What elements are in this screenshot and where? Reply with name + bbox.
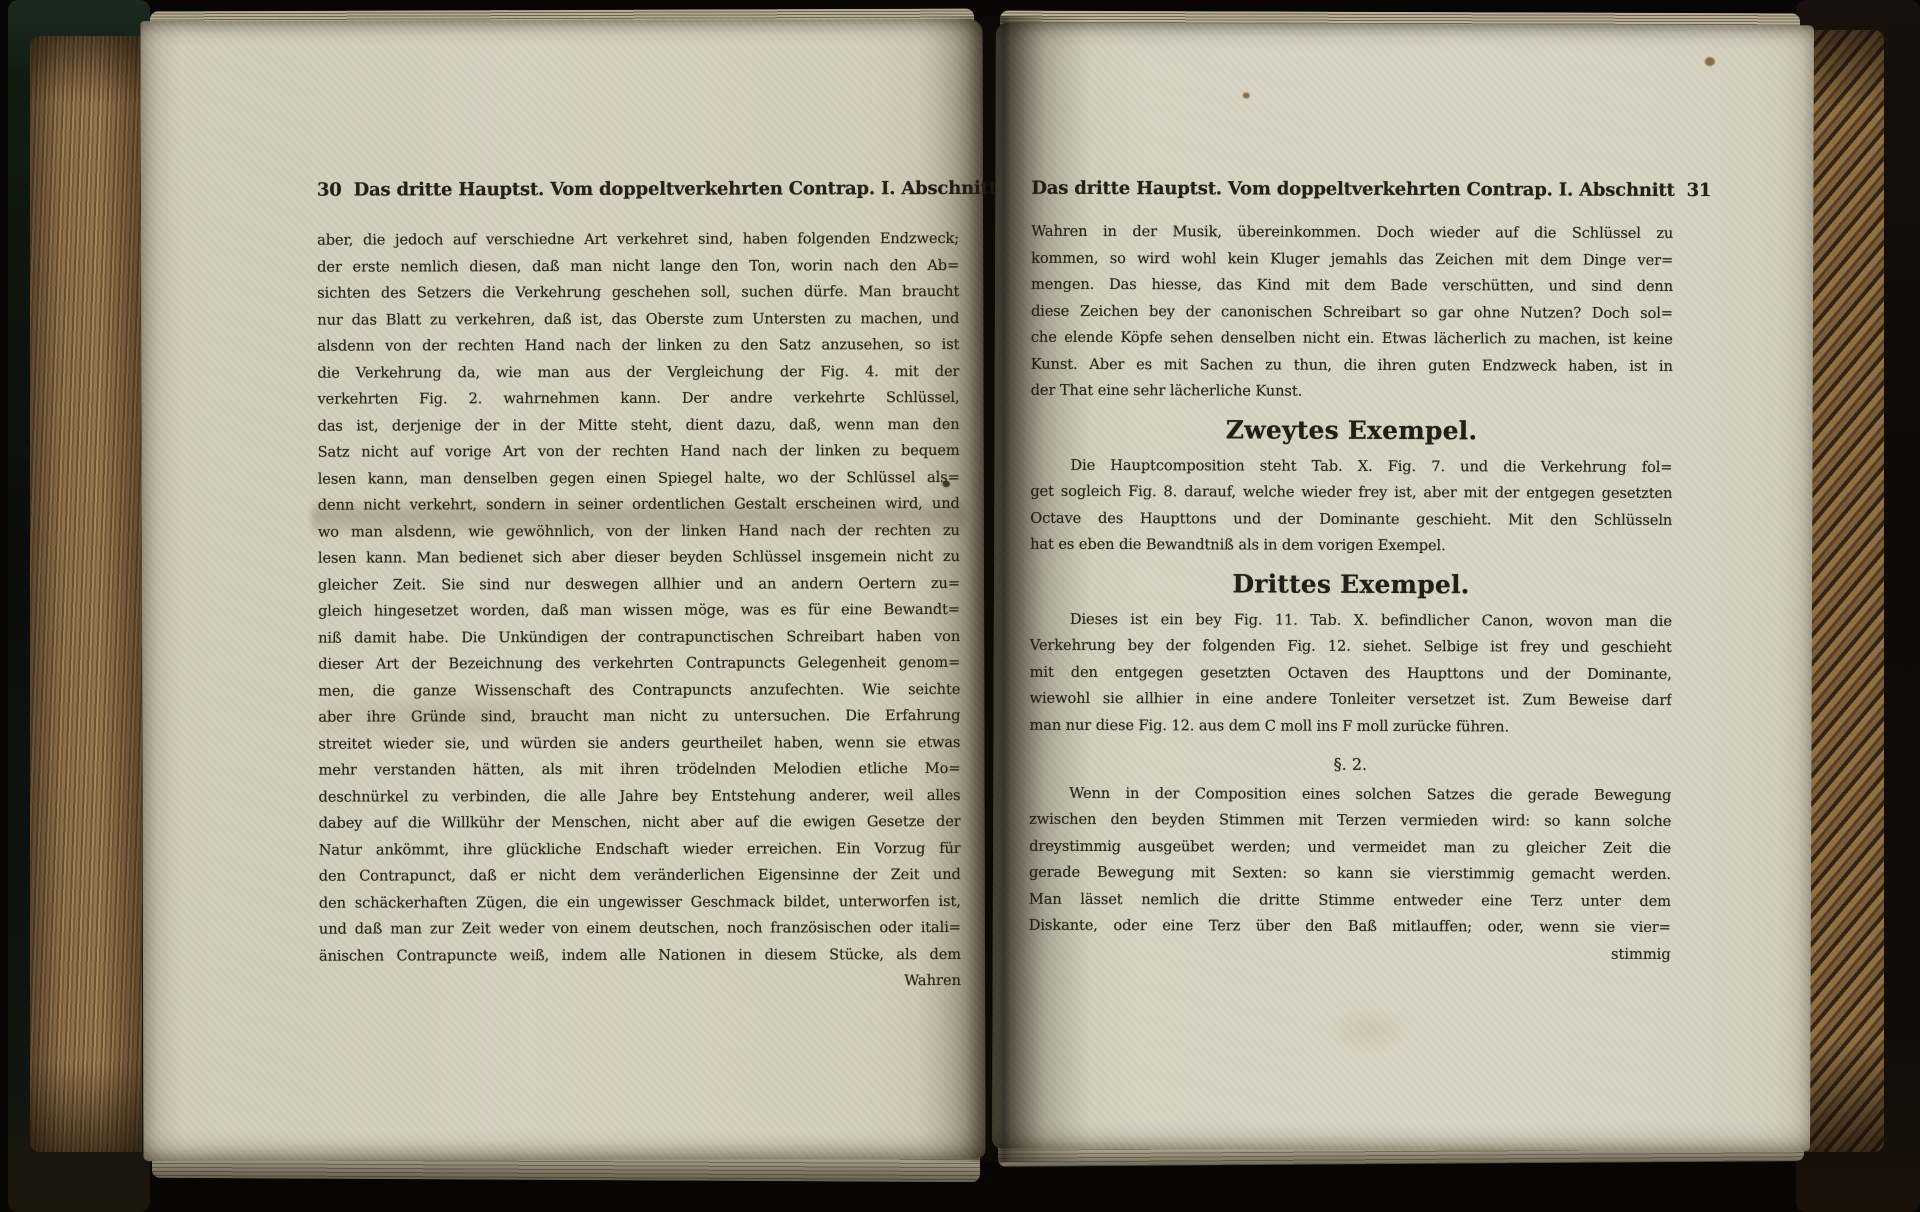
text-line: dreystimmig ausgeübet werden; und vermei… bbox=[1029, 833, 1671, 862]
left-page: 30 Das dritte Hauptst. Vom doppeltverkeh… bbox=[141, 19, 986, 1161]
text-line: und daß man zur Zeit weder von einem deu… bbox=[319, 915, 961, 943]
text-line: änischen Contrapuncte weiß, indem alle N… bbox=[319, 941, 961, 969]
text-line: Natur ankömmt, ihre glückliche Endschaft… bbox=[319, 835, 961, 863]
page-number-right: 31 bbox=[1687, 176, 1712, 206]
text-line: mengen. Das hiesse, das Kind mit dem Bad… bbox=[1031, 272, 1673, 301]
text-line: gerade Bewegung mit Sexten: so kann sie … bbox=[1029, 860, 1671, 889]
text-line: der erste nemlich diesen, daß man nicht … bbox=[317, 252, 959, 280]
text-line: Wenn in der Composition eines solchen Sa… bbox=[1029, 780, 1671, 809]
text-line: man nur diese Fig. 12. aus dem C moll in… bbox=[1029, 712, 1671, 741]
text-line: lesen kann, man denselben gegen einen Sp… bbox=[318, 464, 960, 492]
text-line: verkehrten Fig. 2. wahrnehmen kann. Der … bbox=[317, 385, 959, 413]
section-heading-drittes-exempel: Drittes Exempel. bbox=[1030, 566, 1672, 602]
text-line: den Contrapunct, daß er nicht dem veränd… bbox=[319, 862, 961, 890]
text-line: Diskante, oder eine Terz über den Baß mi… bbox=[1029, 913, 1671, 942]
left-page-block-fore-edge bbox=[30, 36, 142, 1152]
text-line: mehr verstanden hätten, als mit ihren tr… bbox=[318, 756, 960, 784]
right-page-block-fore-edge bbox=[1806, 30, 1884, 1152]
text-line: niß damit habe. Die Unkündigen der contr… bbox=[318, 623, 960, 651]
catchword-left: Wahren bbox=[319, 968, 961, 996]
section-mark: §. 2. bbox=[1029, 751, 1671, 780]
page-number-left: 30 bbox=[317, 176, 342, 206]
text-line: sichten des Setzers die Verkehrung gesch… bbox=[317, 279, 959, 307]
text-line: der That eine sehr lächerliche Kunst. bbox=[1031, 378, 1673, 407]
text-line: Wahren in der Musik, übereinkommen. Doch… bbox=[1031, 219, 1673, 248]
paragraph: Wenn in der Composition eines solchen Sa… bbox=[1029, 780, 1672, 941]
text-line: gleicher Zeit. Sie sind nur deswegen all… bbox=[318, 570, 960, 598]
text-line: Satz nicht auf vorige Art von der rechte… bbox=[318, 438, 960, 466]
right-running-head: Das dritte Hauptst. Vom doppeltverkehrte… bbox=[1031, 174, 1673, 206]
text-line: mit den entgegen gesetzten Octaven des H… bbox=[1030, 659, 1672, 688]
running-head-text-left: Das dritte Hauptst. Vom doppeltverkehrte… bbox=[354, 174, 997, 206]
text-line: Kunst. Aber es mit Sachen zu thun, die i… bbox=[1031, 351, 1673, 380]
paragraph: Dieses ist ein bey Fig. 11. Tab. X. befi… bbox=[1029, 606, 1671, 741]
text-line: wiewohl sie allhier in eine andere Tonle… bbox=[1030, 686, 1672, 715]
foxing-stain bbox=[1705, 57, 1715, 66]
text-line: zwischen den beyden Stimmen mit Terzen v… bbox=[1029, 807, 1671, 836]
catchword-right: stimmig bbox=[1029, 939, 1671, 968]
paragraph: Wahren in der Musik, übereinkommen. Doch… bbox=[1031, 219, 1674, 407]
text-line: gleich hingesetzet worden, daß man wisse… bbox=[318, 597, 960, 625]
section-heading-zweytes-exempel: Zweytes Exempel. bbox=[1030, 412, 1672, 448]
text-line: das ist, derjenige der in der Mitte steh… bbox=[318, 411, 960, 439]
body-text-left: aber, die jedoch auf verschiedne Art ver… bbox=[317, 226, 961, 970]
text-line: Verkehrung bey der folgenden Fig. 12. si… bbox=[1030, 633, 1672, 662]
left-text-column: 30 Das dritte Hauptst. Vom doppeltverkeh… bbox=[317, 174, 961, 996]
text-line: den schäckerhaften Zügen, die ein ungewi… bbox=[319, 888, 961, 916]
text-line: che elende Köpfe sehen denselben nicht e… bbox=[1031, 325, 1673, 354]
left-running-head: 30 Das dritte Hauptst. Vom doppeltverkeh… bbox=[317, 174, 959, 206]
right-text-column: Das dritte Hauptst. Vom doppeltverkehrte… bbox=[1029, 174, 1674, 968]
text-line: diese Zeichen bey der canonischen Schrei… bbox=[1031, 298, 1673, 327]
text-line: aber ihre Gründe sind, braucht man nicht… bbox=[318, 703, 960, 731]
text-line: streitet wieder sie, und würden sie ande… bbox=[318, 729, 960, 757]
text-line: Octave des Haupttons und der Dominante g… bbox=[1030, 505, 1672, 534]
text-line: aber, die jedoch auf verschiedne Art ver… bbox=[317, 226, 959, 254]
foxing-stain bbox=[1243, 92, 1250, 98]
text-line: denn nicht verkehrt, sondern in seiner o… bbox=[318, 491, 960, 519]
text-line: Die Hauptcomposition steht Tab. X. Fig. … bbox=[1030, 452, 1672, 481]
paragraph: Die Hauptcomposition steht Tab. X. Fig. … bbox=[1030, 452, 1672, 560]
text-line: dieser Art der Bezeichnung des verkehrte… bbox=[318, 650, 960, 678]
text-line: get sogleich Fig. 8. darauf, welche wied… bbox=[1030, 479, 1672, 508]
text-line: Dieses ist ein bey Fig. 11. Tab. X. befi… bbox=[1030, 606, 1672, 635]
text-line: lesen kann. Man bedienet sich aber diese… bbox=[318, 544, 960, 572]
book-photo: 30 Das dritte Hauptst. Vom doppeltverkeh… bbox=[0, 0, 1920, 1212]
text-line: deschnürkel zu verbinden, die alle Jahre… bbox=[319, 782, 961, 810]
text-line: hat es eben die Bewandtniß als in dem vo… bbox=[1030, 532, 1672, 561]
text-line: die Verkehrung da, wie man aus der Vergl… bbox=[317, 358, 959, 386]
text-line: dabey auf die Willkühr der Menschen, nic… bbox=[319, 809, 961, 837]
text-line: wo man alsdenn, wie gewöhnlich, von der … bbox=[318, 517, 960, 545]
text-line: alsdenn von der rechten Hand nach der li… bbox=[317, 332, 959, 360]
text-line: Man lässet nemlich die dritte Stimme ent… bbox=[1029, 886, 1671, 915]
right-page: Das dritte Hauptst. Vom doppeltverkehrte… bbox=[992, 23, 1814, 1152]
foxing-stain bbox=[1322, 1004, 1417, 1056]
running-head-text-right: Das dritte Hauptst. Vom doppeltverkehrte… bbox=[1031, 174, 1674, 206]
text-line: men, die ganze Wissenschaft des Contrapu… bbox=[318, 676, 960, 704]
text-line: kommen, so wird wohl kein Kluger jemahls… bbox=[1031, 245, 1673, 274]
text-line: nur das Blatt zu verkehren, daß ist, das… bbox=[317, 305, 959, 333]
